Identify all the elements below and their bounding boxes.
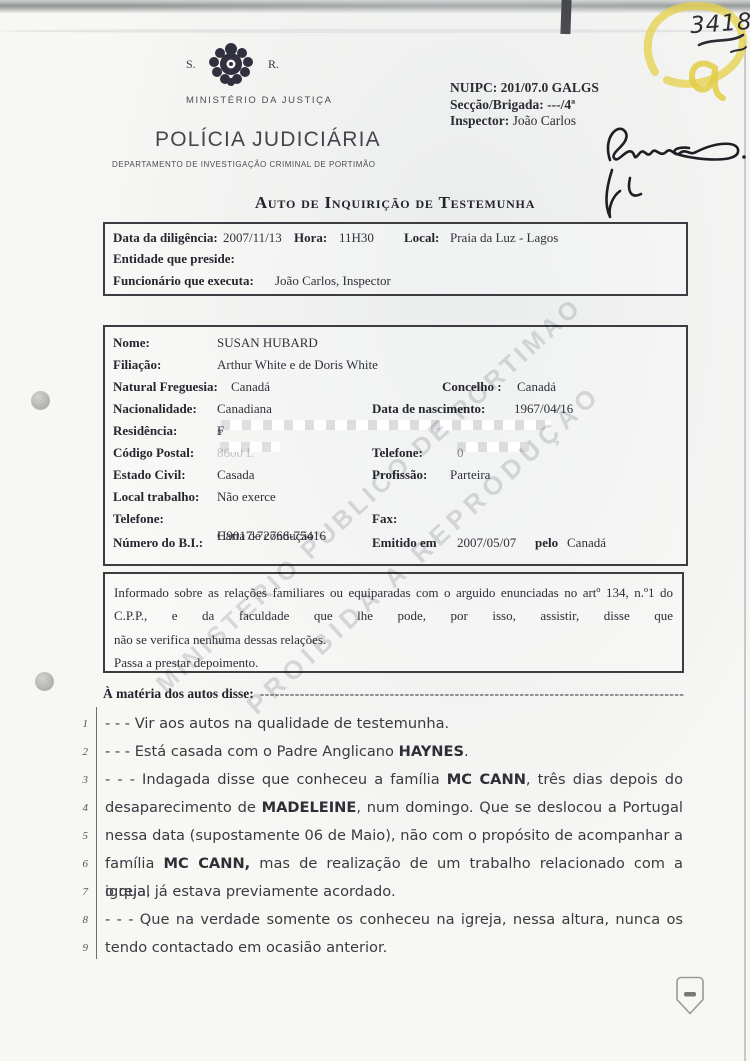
seccao-value: ---/4ª xyxy=(547,97,575,112)
case-inspector: Inspector: João Carlos xyxy=(450,113,599,130)
filiacao-label: Filiação: xyxy=(113,354,161,376)
testimony-name-bold: MC CANN, xyxy=(163,855,250,872)
republic-crest-icon xyxy=(204,40,258,90)
advisory-line: não se verifica nenhuma dessas relações. xyxy=(114,628,673,651)
line-number: 2 xyxy=(64,738,88,766)
witness-info-box: Nome: SUSAN HUBARD Filiação: Arthur Whit… xyxy=(103,325,688,566)
advisory-line: Informado sobre as relações familiares o… xyxy=(114,581,673,604)
nome-row: Nome: SUSAN HUBARD xyxy=(105,332,686,354)
nascimento-label: Data de nascimento: xyxy=(372,398,485,420)
nuipc-label: NUIPC: xyxy=(450,80,497,95)
local-trabalho-label: Local trabalho: xyxy=(113,486,199,508)
freguesia-row: Natural Freguesia: Canadá Concelho : Can… xyxy=(105,376,686,398)
freguesia-label: Natural Freguesia: xyxy=(113,376,218,398)
testimony-text: , num domingo. Que se deslocou a Portuga… xyxy=(356,799,683,816)
materia-dashes: ----------------------------------------… xyxy=(260,686,684,702)
testimony-line: desaparecimento de MADELEINE, num doming… xyxy=(105,794,683,822)
crest-letter-r: R. xyxy=(268,57,279,72)
scan-artifact-mark xyxy=(560,0,571,34)
case-nuipc: NUIPC: 201/07.0 GALGS xyxy=(450,80,599,97)
concelho-label: Concelho : xyxy=(442,376,502,398)
freguesia-value: Canadá xyxy=(231,376,270,398)
testimony-line: nessa data (supostamente 06 de Maio), nã… xyxy=(105,822,683,850)
testimony-text: família xyxy=(105,855,163,872)
line-number: 3 xyxy=(64,766,88,794)
nuipc-value: 201/07.0 GALGS xyxy=(501,80,599,95)
residencia-row: Residência: Fs xyxy=(105,420,686,442)
case-seccao: Secção/Brigada: ---/4ª xyxy=(450,97,599,114)
codigo-postal-row: Código Postal: 8600 L Telefone: 0 xyxy=(105,442,686,464)
hora-label: Hora: xyxy=(294,227,327,249)
estado-civil-row: Estado Civil: Casada Profissão: Parteira xyxy=(105,464,686,486)
bi-row: Número do B.I.: Carta de conduçãoH9017-7… xyxy=(105,525,686,561)
testimony-text: - - - Que na verdade somente os conheceu… xyxy=(105,911,683,928)
crest-letter-s: S. xyxy=(186,57,196,72)
testimony-text: nessa data (supostamente 06 de Maio), nã… xyxy=(105,827,683,844)
nacionalidade-value: Canadiana xyxy=(217,398,272,420)
nacionalidade-row: Nacionalidade: Canadiana Data de nascime… xyxy=(105,398,686,420)
testimony-text: tendo contactado em ocasião anterior. xyxy=(105,939,387,956)
hole-punch xyxy=(35,672,54,691)
advisory-line: Passa a prestar depoimento. xyxy=(114,651,673,674)
local-trabalho-row: Local trabalho: Não exerce xyxy=(105,486,686,508)
testimony-text: o qual já estava previamente acordado. xyxy=(105,883,396,900)
emitido-pais: Canadá xyxy=(567,525,606,561)
line-number: 6 xyxy=(64,850,88,878)
police-title: POLÍCIA JUDICIÁRIA xyxy=(155,128,381,152)
nacionalidade-label: Nacionalidade: xyxy=(113,398,197,420)
nome-label: Nome: xyxy=(113,332,150,354)
testimony-line: tendo contactado em ocasião anterior. xyxy=(105,934,683,962)
emitido-label: Emitido em xyxy=(372,525,437,561)
local-trabalho-value: Não exerce xyxy=(217,486,276,508)
concelho-value: Canadá xyxy=(517,376,556,398)
line-number: 4 xyxy=(64,794,88,822)
local-value: Praia da Luz - Lagos xyxy=(450,227,558,249)
diligencia-box: Data da diligência: 2007/11/13 Hora: 11H… xyxy=(103,222,688,296)
diligencia-row-2: Entidade que preside: xyxy=(105,248,686,270)
data-diligencia-value: 2007/11/13 xyxy=(223,227,282,249)
residencia-visible-end: s xyxy=(217,420,222,442)
nome-value: SUSAN HUBARD xyxy=(217,332,318,354)
entidade-label: Entidade que preside: xyxy=(113,248,235,270)
redaction-strip xyxy=(221,420,551,430)
testimony-line: família MC CANN, mas de realização de um… xyxy=(105,850,683,878)
handwritten-page-number: 3418 xyxy=(689,9,750,39)
hora-value: 11H30 xyxy=(339,227,374,249)
testimony-line: - - - Vir aos autos na qualidade de test… xyxy=(105,710,683,738)
case-reference-block: NUIPC: 201/07.0 GALGS Secção/Brigada: --… xyxy=(450,80,599,130)
local-label: Local: xyxy=(404,227,439,249)
shield-stamp-icon xyxy=(675,976,705,1016)
nascimento-value: 1967/04/16 xyxy=(514,398,573,420)
line-number: 8 xyxy=(64,906,88,934)
filiacao-row: Filiação: Arthur White e de Doris White xyxy=(105,354,686,376)
telefone-ghost: 0 xyxy=(457,442,464,464)
estado-civil-label: Estado Civil: xyxy=(113,464,186,486)
residencia-label: Residência: xyxy=(113,420,177,442)
seccao-label: Secção/Brigada: xyxy=(450,97,544,112)
line-number: 1 xyxy=(64,710,88,738)
emitido-value: 2007/05/07 xyxy=(457,525,516,561)
funcionario-label: Funcionário que executa: xyxy=(113,270,254,292)
testimony-text: - - - Indagada disse que conheceu a famí… xyxy=(105,771,447,788)
redaction-strip xyxy=(220,442,280,452)
testimony-line: - - - Que na verdade somente os conheceu… xyxy=(105,906,683,934)
line-number: 5 xyxy=(64,822,88,850)
filiacao-value: Arthur White e de Doris White xyxy=(217,354,378,376)
document-title: Auto de Inquirição de Testemunha xyxy=(40,193,750,213)
materia-label: À matéria dos autos disse: xyxy=(103,686,254,702)
testimony-name-bold: MC CANN xyxy=(447,771,526,788)
testimony-line: o qual já estava previamente acordado. xyxy=(105,878,683,906)
line-number: 7 xyxy=(64,878,88,906)
pelo-label: pelo xyxy=(535,525,558,561)
diligencia-row-1: Data da diligência: 2007/11/13 Hora: 11H… xyxy=(105,227,686,249)
profissao-value: Parteira xyxy=(450,464,490,486)
profissao-label: Profissão: xyxy=(372,464,427,486)
materia-heading: À matéria dos autos disse: -------------… xyxy=(103,686,684,702)
testimony-line: - - - Está casada com o Padre Anglicano … xyxy=(105,738,683,766)
testimony-line: - - - Indagada disse que conheceu a famí… xyxy=(105,766,683,794)
testimony-text: . xyxy=(464,743,469,760)
scanned-document-page: S. R. MINISTÉRIO DA JUSTIÇA POLÍCIA JUDI… xyxy=(0,0,750,1061)
bi-value-line2: H9017-72766-75416 xyxy=(217,528,326,544)
bi-label: Número do B.I.: xyxy=(113,525,203,561)
redaction-strip xyxy=(457,442,529,452)
inspector-value: João Carlos xyxy=(513,113,576,128)
estado-civil-value: Casada xyxy=(217,464,255,486)
testimony-text: desaparecimento de xyxy=(105,799,262,816)
testimony-name-bold: MADELEINE xyxy=(262,799,357,816)
testimony-text: , três dias depois do xyxy=(526,771,683,788)
testimony-text: - - - Está casada com o Padre Anglicano xyxy=(105,743,399,760)
margin-rule xyxy=(96,707,97,959)
funcionario-value: João Carlos, Inspector xyxy=(275,270,391,292)
department-title: DEPARTAMENTO DE INVESTIGAÇÃO CRIMINAL DE… xyxy=(112,160,376,169)
codigo-postal-label: Código Postal: xyxy=(113,442,194,464)
advisory-box: Informado sobre as relações familiares o… xyxy=(103,572,684,673)
diligencia-row-3: Funcionário que executa: João Carlos, In… xyxy=(105,270,686,292)
advisory-line: C.P.P., e da faculdade que lhe pode, por… xyxy=(114,604,673,627)
testimony-text: - - - Vir aos autos na qualidade de test… xyxy=(105,715,449,732)
ministry-title: MINISTÉRIO DA JUSTIÇA xyxy=(186,95,333,106)
telefone-label: Telefone: xyxy=(372,442,423,464)
testimony-name-bold: HAYNES xyxy=(399,743,464,760)
inspector-label: Inspector: xyxy=(450,113,509,128)
data-diligencia-label: Data da diligência: xyxy=(113,227,218,249)
line-number: 9 xyxy=(64,934,88,962)
hole-punch xyxy=(31,391,50,410)
